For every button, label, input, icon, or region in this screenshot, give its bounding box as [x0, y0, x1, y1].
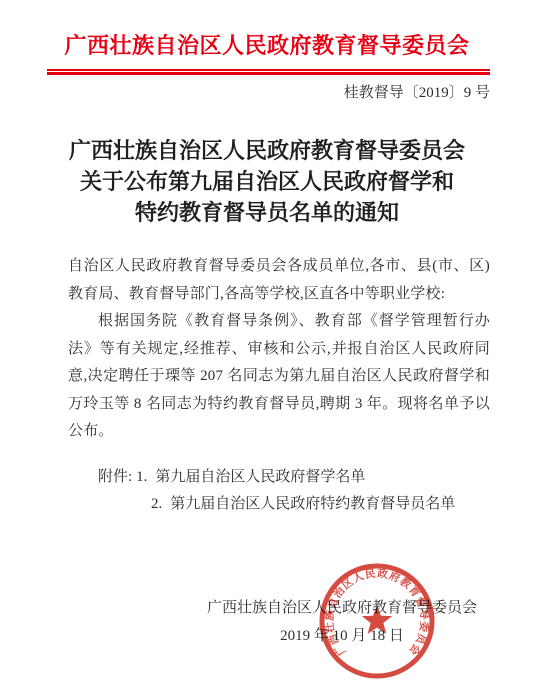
doc-title-line-2: 关于公布第九届自治区人民政府督学和 — [0, 166, 534, 197]
doc-title: 广西壮族自治区人民政府教育督导委员会 关于公布第九届自治区人民政府督学和 特约教… — [0, 135, 534, 228]
attachment-1-title: 第九届自治区人民政府督学名单 — [155, 464, 365, 492]
letterhead-org-name: 广西壮族自治区人民政府教育督导委员会 — [0, 0, 534, 61]
doc-number: 桂教督导〔2019〕9 号 — [0, 84, 534, 102]
attachment-row-1: 附件: 1. 第九届自治区人民政府督学名单 — [98, 464, 490, 492]
attachment-2-number: 2. — [151, 491, 162, 519]
divider-thick-line — [47, 72, 490, 75]
doc-title-line-3: 特约教育督导员名单的通知 — [0, 197, 534, 228]
attachment-1-number: 1. — [136, 464, 147, 492]
attachments-list: 附件: 1. 第九届自治区人民政府督学名单 2. 第九届自治区人民政府特约教育督… — [98, 464, 490, 519]
official-seal: 广西壮族自治区人民政府教育督导委员会 — [316, 560, 438, 682]
main-paragraph: 根据国务院《教育督导条例》、教育部《督学管理暂行办法》等有关规定,经推荐、审核和… — [68, 308, 490, 446]
document-page: 广西壮族自治区人民政府教育督导委员会 桂教督导〔2019〕9 号 广西壮族自治区… — [0, 0, 534, 685]
attachments-label: 附件: — [98, 464, 132, 492]
letterhead-divider — [47, 69, 490, 75]
attachment-row-2: 2. 第九届自治区人民政府特约教育督导员名单 — [98, 491, 490, 519]
doc-body: 自治区人民政府教育督导委员会各成员单位,各市、县(市、区)教育局、教育督导部门,… — [68, 253, 490, 446]
attachment-2-title: 第九届自治区人民政府特约教育督导员名单 — [170, 491, 455, 519]
seal-star-icon — [362, 605, 392, 634]
doc-title-line-1: 广西壮族自治区人民政府教育督导委员会 — [0, 135, 534, 166]
salutation-paragraph: 自治区人民政府教育督导委员会各成员单位,各市、县(市、区)教育局、教育督导部门,… — [68, 253, 490, 308]
